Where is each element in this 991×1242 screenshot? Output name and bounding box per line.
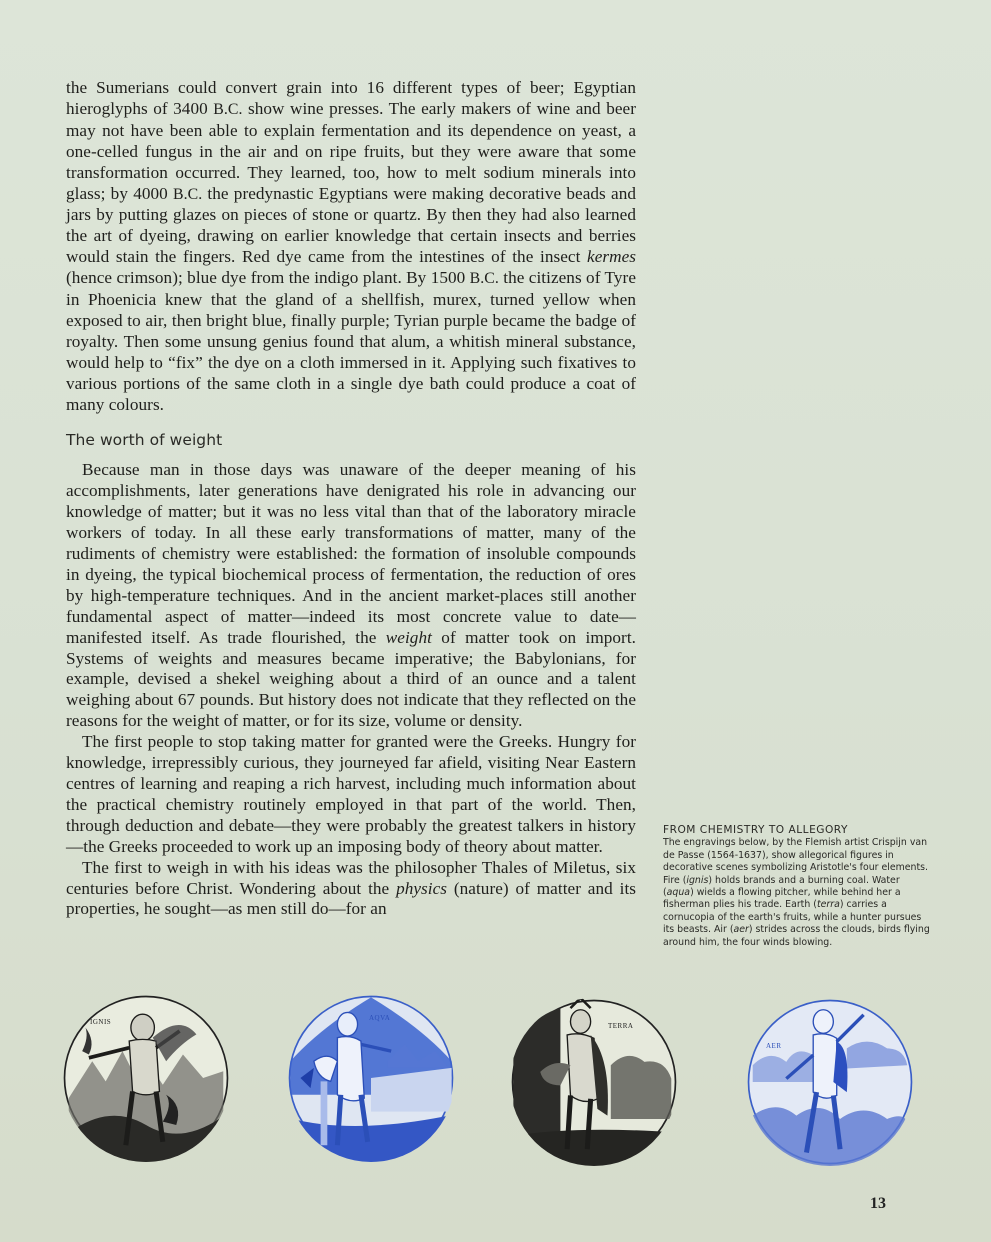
paragraph-worth-of-weight: Because man in those days was unaware of… (66, 460, 636, 732)
main-text-column: the Sumerians could convert grain into 1… (66, 78, 636, 920)
italic-term: terra (817, 899, 840, 910)
earth-figure-icon (510, 998, 678, 1166)
italic-term: aqua (667, 887, 690, 898)
italic-term: ignis (686, 875, 708, 886)
paragraph-dyes-and-glass: the Sumerians could convert grain into 1… (66, 78, 636, 416)
italic-term: weight (386, 628, 432, 647)
engraving-label: AQVA (369, 1014, 390, 1022)
section-heading: The worth of weight (66, 430, 636, 451)
engravings-row: IGNIS AQVA (0, 990, 991, 1180)
engraving-fire-ignis: IGNIS (62, 994, 230, 1162)
era-abbreviation: B.C. (470, 270, 499, 287)
era-abbreviation: B.C. (213, 101, 242, 118)
figure-caption: FROM CHEMISTRY TO ALLEGORY The engraving… (663, 824, 933, 949)
caption-body: The engravings below, by the Flemish art… (663, 837, 933, 949)
engraving-air-aer: AER (746, 998, 914, 1166)
text-run: the citizens of Tyre in Phoenicia knew t… (66, 268, 636, 413)
caption-title: FROM CHEMISTRY TO ALLEGORY (663, 824, 933, 836)
fire-figure-icon (62, 994, 230, 1162)
page-number: 13 (870, 1195, 886, 1213)
italic-term: aer (734, 924, 749, 935)
text-run: Because man in those days was unaware of… (66, 460, 636, 646)
air-figure-icon (746, 998, 914, 1166)
engraving-water-aqua: AQVA (287, 994, 455, 1162)
paragraph-thales: The first to weigh in with his ideas was… (66, 858, 636, 921)
text-run: (hence crimson); blue dye from the indig… (66, 268, 470, 287)
paragraph-greeks: The first people to stop taking matter f… (66, 732, 636, 857)
engraving-label: IGNIS (90, 1018, 111, 1026)
book-page: the Sumerians could convert grain into 1… (0, 0, 991, 1242)
engraving-earth-terra: TERRA (510, 998, 678, 1166)
engraving-label: TERRA (608, 1022, 633, 1030)
era-abbreviation: B.C. (173, 186, 202, 203)
italic-term: physics (396, 879, 447, 898)
italic-term: kermes (587, 247, 636, 266)
engraving-label: AER (766, 1042, 782, 1050)
